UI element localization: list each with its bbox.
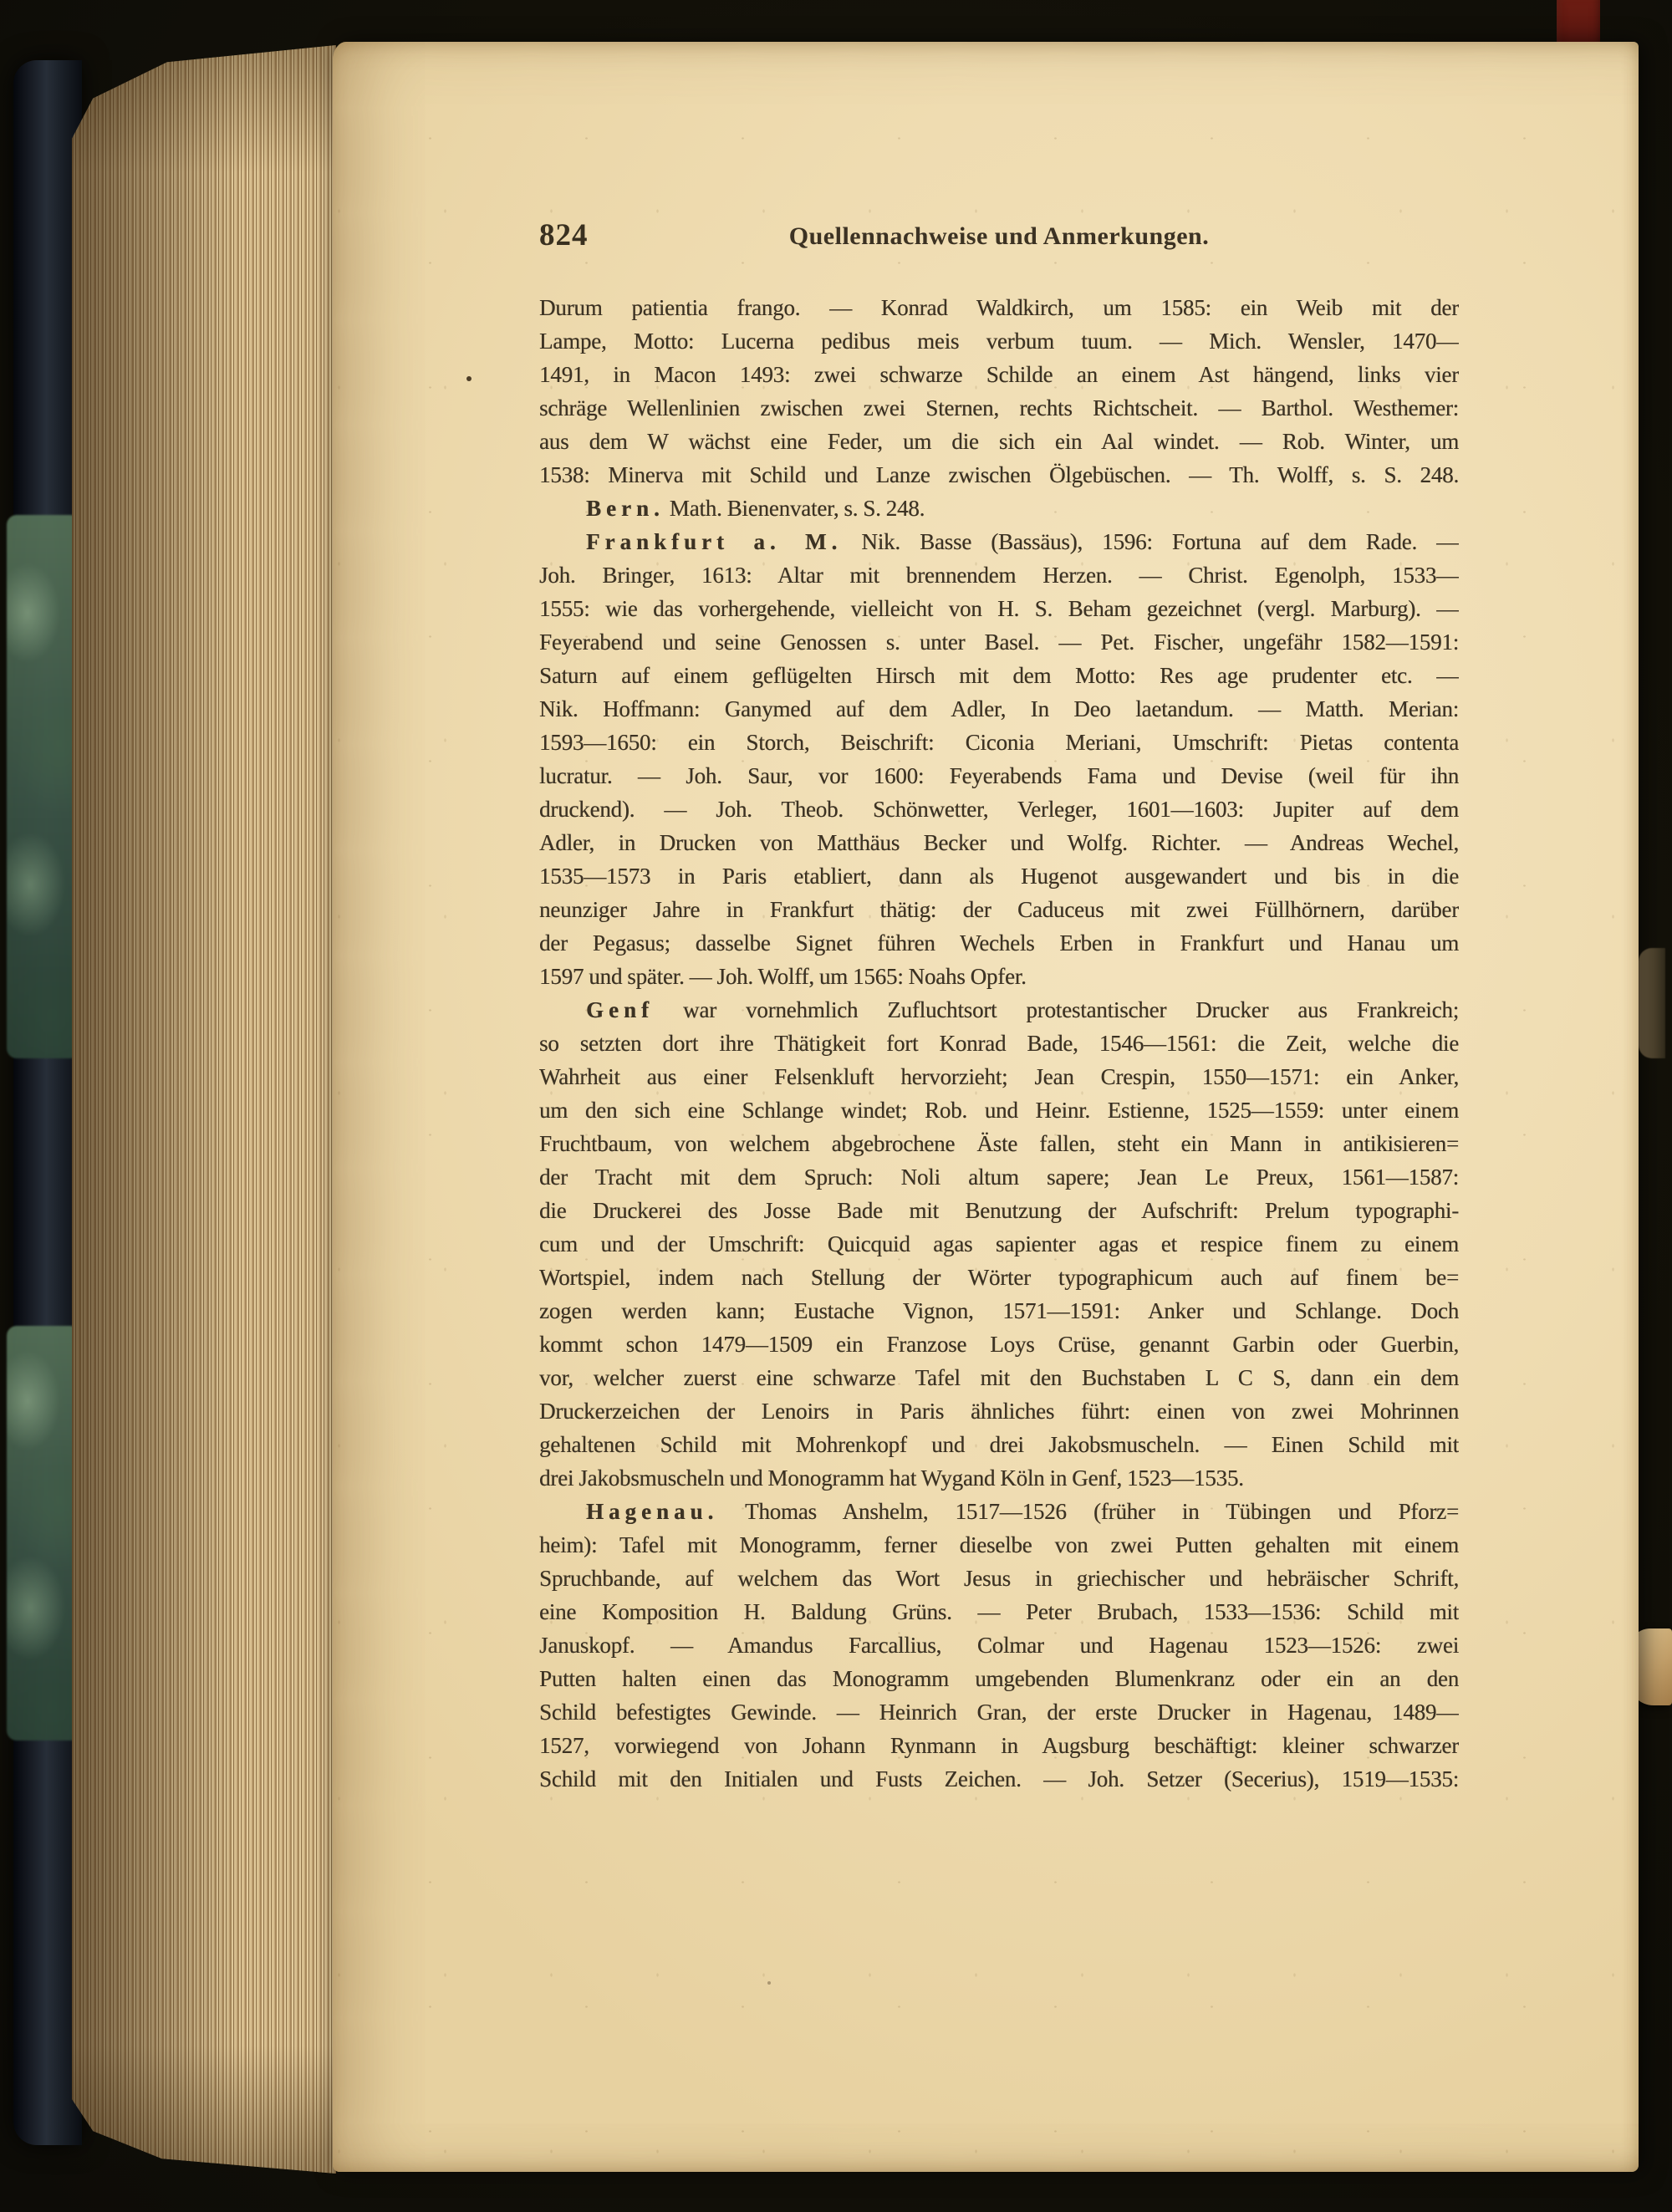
line-text: 1538: Minerva mit Schild und Lanze zwisc… — [539, 462, 1459, 487]
marbled-endpaper-top — [7, 515, 80, 1058]
line-text: Thomas Anshelm, 1517—1526 (früher in Tüb… — [718, 1499, 1459, 1524]
line-text: neunziger Jahre in Frankfurt thätig: der… — [539, 897, 1459, 922]
page-edges-stack — [72, 45, 336, 2174]
body-line: vor, welcher zuerst eine schwarze Tafel … — [539, 1361, 1459, 1394]
spaced-keyword: Bern. — [586, 496, 665, 521]
body-line: cum und der Umschrift: Quicquid agas sap… — [539, 1227, 1459, 1261]
body-line: Hagenau. Thomas Anshelm, 1517—1526 (früh… — [539, 1495, 1459, 1528]
body-line: Druckerzeichen der Lenoirs in Paris ähnl… — [539, 1394, 1459, 1428]
line-text: lucratur. — Joh. Saur, vor 1600: Feyerab… — [539, 763, 1459, 788]
ink-speck — [466, 376, 472, 381]
marbled-endpaper-bottom — [7, 1326, 80, 1741]
book-photo: { "page": { "number": "824", "header_tit… — [0, 0, 1672, 2212]
body-line: 1491, in Macon 1493: zwei schwarze Schil… — [539, 358, 1459, 391]
body-line: Wahrheit aus einer Felsenkluft hervorzie… — [539, 1060, 1459, 1093]
line-text: Joh. Bringer, 1613: Altar mit brennendem… — [539, 563, 1459, 588]
body-line: 1555: wie das vorhergehende, vielleicht … — [539, 592, 1459, 625]
line-text: 1593—1650: ein Storch, Beischrift: Cicon… — [539, 730, 1459, 755]
body-line: Januskopf. — Amandus Farcallius, Colmar … — [539, 1628, 1459, 1662]
body-line: Genf war vornehmlich Zufluchtsort protes… — [539, 993, 1459, 1027]
ink-speck — [1319, 577, 1323, 580]
body-line: druckend). — Joh. Theob. Schönwetter, Ve… — [539, 793, 1459, 826]
line-text: war vornehmlich Zufluchtsort protestanti… — [654, 997, 1459, 1022]
body-line: die Druckerei des Josse Bade mit Benutzu… — [539, 1194, 1459, 1227]
body-line: Durum patientia frango. — Konrad Waldkir… — [539, 291, 1459, 324]
spaced-keyword: Frankfurt a. M. — [586, 529, 842, 554]
line-text: druckend). — Joh. Theob. Schönwetter, Ve… — [539, 797, 1459, 822]
body-line: drei Jakobsmuscheln und Monogramm hat Wy… — [539, 1461, 1459, 1495]
line-text: Feyerabend und seine Genossen s. unter B… — [539, 629, 1459, 655]
line-text: 1491, in Macon 1493: zwei schwarze Schil… — [539, 362, 1459, 387]
body-line: zogen werden kann; Eustache Vignon, 1571… — [539, 1294, 1459, 1328]
body-line: 1597 und später. — Joh. Wolff, um 1565: … — [539, 960, 1459, 993]
body-line: Wortspiel, indem nach Stellung der Wörte… — [539, 1261, 1459, 1294]
line-text: cum und der Umschrift: Quicquid agas sap… — [539, 1231, 1459, 1256]
body-line: heim): Tafel mit Monogramm, ferner diese… — [539, 1528, 1459, 1562]
line-text: 1555: wie das vorhergehende, vielleicht … — [539, 596, 1459, 621]
line-text: der Tracht mit dem Spruch: Noli altum sa… — [539, 1165, 1459, 1190]
line-text: 1597 und später. — Joh. Wolff, um 1565: … — [539, 964, 1027, 989]
line-text: kommt schon 1479—1509 ein Franzose Loys … — [539, 1332, 1459, 1357]
book-cover — [13, 60, 82, 2145]
book-page: 824 Quellennachweise und Anmerkungen. Du… — [333, 42, 1639, 2172]
line-text: Putten halten einen das Monogramm umgebe… — [539, 1666, 1459, 1691]
body-line: Schild mit den Initialen und Fusts Zeich… — [539, 1762, 1459, 1796]
line-text: so setzten dort ihre Thätigkeit fort Kon… — [539, 1031, 1459, 1056]
body-line: Frankfurt a. M. Nik. Basse (Bassäus), 15… — [539, 525, 1459, 558]
line-text: der Pegasus; dasselbe Signet führen Wech… — [539, 930, 1459, 956]
line-text: Fruchtbaum, von welchem abgebrochene Äst… — [539, 1131, 1459, 1156]
line-text: drei Jakobsmuscheln und Monogramm hat Wy… — [539, 1465, 1244, 1491]
body-line: 1593—1650: ein Storch, Beischrift: Cicon… — [539, 726, 1459, 759]
body-line: 1538: Minerva mit Schild und Lanze zwisc… — [539, 458, 1459, 492]
body-line: Nik. Hoffmann: Ganymed auf dem Adler, In… — [539, 692, 1459, 726]
body-line: aus dem W wächst eine Feder, um die sich… — [539, 425, 1459, 458]
line-text: Math. Bienenvater, s. S. 248. — [665, 496, 925, 521]
line-text: gehaltenen Schild mit Mohrenkopf und dre… — [539, 1432, 1459, 1457]
line-text: heim): Tafel mit Monogramm, ferner diese… — [539, 1532, 1459, 1557]
body-line: so setzten dort ihre Thätigkeit fort Kon… — [539, 1027, 1459, 1060]
line-text: zogen werden kann; Eustache Vignon, 1571… — [539, 1298, 1459, 1323]
line-text: Druckerzeichen der Lenoirs in Paris ähnl… — [539, 1399, 1459, 1424]
body-line: lucratur. — Joh. Saur, vor 1600: Feyerab… — [539, 759, 1459, 793]
line-text: die Druckerei des Josse Bade mit Benutzu… — [539, 1198, 1459, 1223]
body-text: Durum patientia frango. — Konrad Waldkir… — [539, 291, 1459, 1796]
body-line: Saturn auf einem geflügelten Hirsch mit … — [539, 659, 1459, 692]
body-line: Joh. Bringer, 1613: Altar mit brennendem… — [539, 558, 1459, 592]
body-line: Putten halten einen das Monogramm umgebe… — [539, 1662, 1459, 1695]
line-text: Adler, in Drucken von Matthäus Becker un… — [539, 830, 1459, 855]
line-text: 1527, vorwiegend von Johann Rynmann in A… — [539, 1733, 1459, 1758]
line-text: Spruchbande, auf welchem das Wort Jesus … — [539, 1566, 1459, 1591]
body-line: eine Komposition H. Baldung Grüns. — Pet… — [539, 1595, 1459, 1628]
line-text: Durum patientia frango. — Konrad Waldkir… — [539, 295, 1459, 320]
body-line: Feyerabend und seine Genossen s. unter B… — [539, 625, 1459, 659]
body-line: Fruchtbaum, von welchem abgebrochene Äst… — [539, 1127, 1459, 1160]
line-text: eine Komposition H. Baldung Grüns. — Pet… — [539, 1599, 1459, 1624]
line-text: aus dem W wächst eine Feder, um die sich… — [539, 429, 1459, 454]
body-line: Adler, in Drucken von Matthäus Becker un… — [539, 826, 1459, 859]
line-text: Schild befestigtes Gewinde. — Heinrich G… — [539, 1700, 1459, 1725]
line-text: Lampe, Motto: Lucerna pedibus meis verbu… — [539, 329, 1459, 354]
body-line: der Tracht mit dem Spruch: Noli altum sa… — [539, 1160, 1459, 1194]
line-text: schräge Wellenlinien zwischen zwei Stern… — [539, 395, 1459, 420]
line-text: Januskopf. — Amandus Farcallius, Colmar … — [539, 1633, 1459, 1658]
line-text: vor, welcher zuerst eine schwarze Tafel … — [539, 1365, 1459, 1390]
spaced-keyword: Genf — [586, 997, 654, 1022]
body-line: Lampe, Motto: Lucerna pedibus meis verbu… — [539, 324, 1459, 358]
line-text: Wahrheit aus einer Felsenkluft hervorzie… — [539, 1064, 1459, 1089]
line-text: um den sich eine Schlange windet; Rob. u… — [539, 1098, 1459, 1123]
ink-speck — [767, 1981, 771, 1985]
running-header: Quellennachweise und Anmerkungen. — [539, 222, 1459, 251]
line-text: Wortspiel, indem nach Stellung der Wörte… — [539, 1265, 1459, 1290]
body-line: 1535—1573 in Paris etabliert, dann als H… — [539, 859, 1459, 893]
page-curl-small — [1639, 948, 1665, 1058]
line-text: Saturn auf einem geflügelten Hirsch mit … — [539, 663, 1459, 688]
body-line: Spruchbande, auf welchem das Wort Jesus … — [539, 1562, 1459, 1595]
line-text: Nik. Hoffmann: Ganymed auf dem Adler, In… — [539, 696, 1459, 721]
body-line: kommt schon 1479—1509 ein Franzose Loys … — [539, 1328, 1459, 1361]
line-text: 1535—1573 in Paris etabliert, dann als H… — [539, 864, 1459, 889]
body-line: um den sich eine Schlange windet; Rob. u… — [539, 1093, 1459, 1127]
body-line: gehaltenen Schild mit Mohrenkopf und dre… — [539, 1428, 1459, 1461]
line-text: Nik. Basse (Bassäus), 1596: Fortuna auf … — [842, 529, 1459, 554]
body-line: schräge Wellenlinien zwischen zwei Stern… — [539, 391, 1459, 425]
body-line: Schild befestigtes Gewinde. — Heinrich G… — [539, 1695, 1459, 1729]
body-line: 1527, vorwiegend von Johann Rynmann in A… — [539, 1729, 1459, 1762]
body-line: neunziger Jahre in Frankfurt thätig: der… — [539, 893, 1459, 926]
spaced-keyword: Hagenau. — [586, 1499, 718, 1524]
body-line: der Pegasus; dasselbe Signet führen Wech… — [539, 926, 1459, 960]
body-line: Bern. Math. Bienenvater, s. S. 248. — [539, 492, 1459, 525]
line-text: Schild mit den Initialen und Fusts Zeich… — [539, 1766, 1459, 1792]
